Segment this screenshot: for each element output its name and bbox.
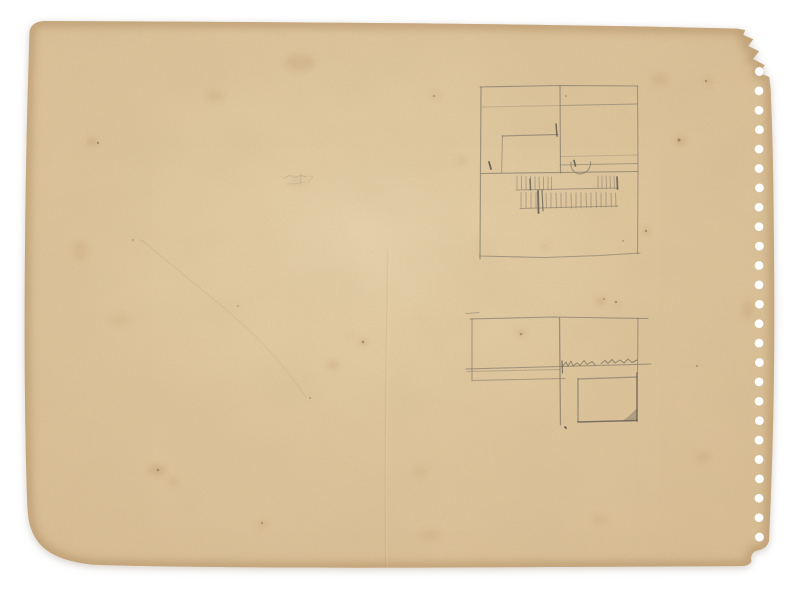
- perforation-hole: [755, 474, 764, 483]
- perforation-hole: [755, 125, 764, 134]
- pencil-stroke: [530, 179, 531, 190]
- perforation-hole: [754, 319, 763, 328]
- pencil-stroke: [638, 86, 639, 254]
- perforation-hole: [755, 183, 764, 192]
- perforation-hole: [755, 416, 764, 425]
- perforation-hole: [754, 145, 763, 154]
- perforation-hole: [754, 106, 763, 115]
- perforation-hole: [754, 397, 763, 406]
- sketchbook-page-photo: [0, 0, 800, 591]
- scene-svg: [0, 0, 800, 591]
- perforation-hole: [754, 455, 763, 464]
- pencil-stroke: [560, 86, 561, 173]
- perforation-hole: [755, 533, 764, 542]
- perforation-hole: [754, 436, 763, 445]
- perforation-hole: [755, 242, 764, 251]
- perforation-hole: [754, 203, 763, 212]
- pencil-stroke: [562, 361, 563, 373]
- perforation-hole: [754, 513, 763, 522]
- sketchbook-page: [0, 0, 800, 591]
- perforation-hole: [754, 86, 763, 95]
- pencil-stroke: [565, 427, 566, 428]
- pencil-stroke: [617, 177, 618, 189]
- perforation-hole: [754, 494, 763, 503]
- perforation-hole: [754, 222, 763, 231]
- perforation-hole: [754, 377, 763, 386]
- perforation-hole: [754, 164, 763, 173]
- perforation-hole: [755, 300, 764, 309]
- perforation-hole: [754, 280, 763, 289]
- perforation-hole: [755, 358, 764, 367]
- pencil-stroke: [538, 191, 539, 213]
- pencil-stroke: [301, 174, 302, 183]
- perforation-hole: [754, 339, 763, 348]
- perforation-hole: [755, 67, 764, 76]
- perforation-hole: [754, 261, 763, 270]
- pencil-stroke: [556, 124, 557, 136]
- paper-grain-texture: [0, 0, 800, 591]
